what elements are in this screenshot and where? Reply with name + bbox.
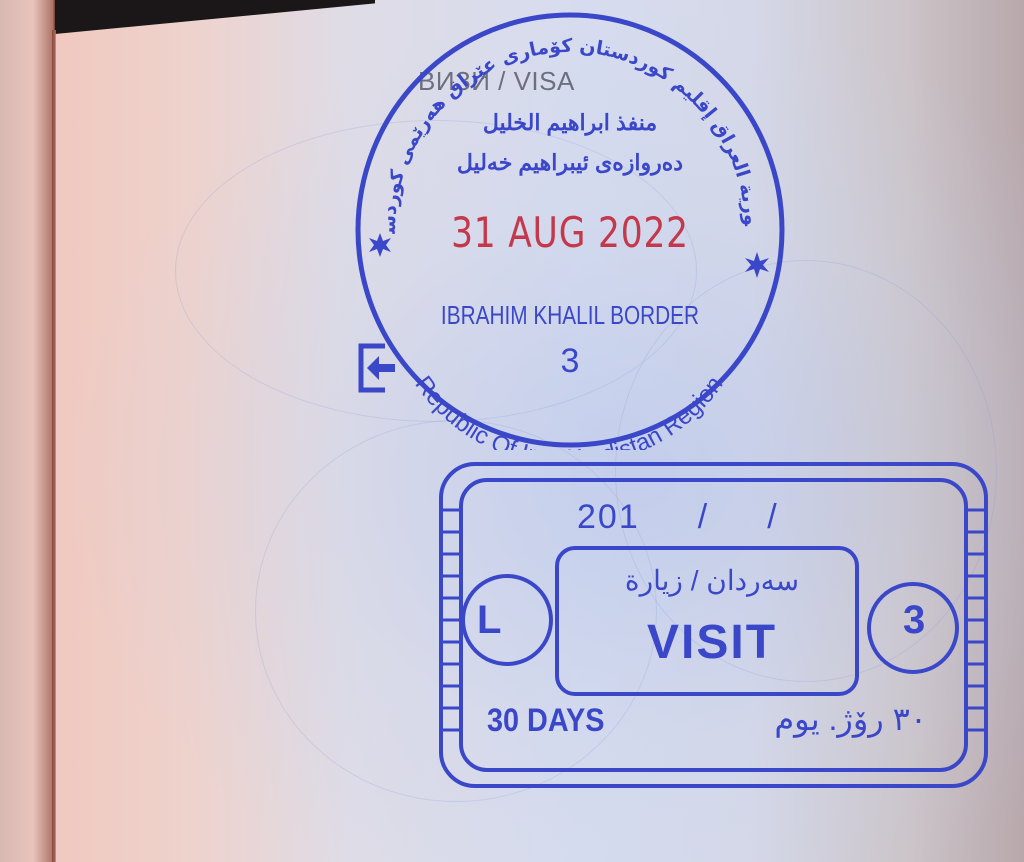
visa-year: 201 (577, 498, 640, 536)
date-separator: / (698, 498, 709, 536)
entry-date: 31 AUG 2022 (394, 208, 747, 257)
entry-arrow-icon (355, 342, 399, 394)
entry-stamp-outer-english: Republic Of Iraq Kurdistan Region (410, 371, 729, 450)
entry-stamp-arabic-line: منفذ ابراهيم الخليل (355, 110, 785, 136)
border-name: IBRAHIM KHALIL BORDER (398, 300, 742, 331)
date-separator: / (767, 498, 778, 536)
star-icon (745, 252, 769, 278)
visa-duration-english: 30 DAYS (487, 702, 604, 739)
left-passport-page (0, 0, 55, 862)
page-spine-crease (52, 30, 56, 862)
passport-photo: ВИЗИ / VISA جمهورية العراق إقليم كوردستا… (0, 0, 1024, 862)
visa-duration-arabic: ٣٠ رۆژ. يوم (677, 700, 927, 738)
visa-date-field: 201// (577, 498, 779, 537)
entry-stamp: جمهورية العراق إقليم كوردستان كۆماری عێر… (355, 10, 785, 450)
visa-category-letter: L (477, 598, 501, 643)
entry-stamp-kurdish-line: دەروازەی ئیبراهیم خەلیل (355, 150, 785, 176)
star-icon (369, 233, 391, 257)
entry-point: 3 (355, 342, 785, 381)
svg-text:Republic Of Iraq Kurdistan Reg: Republic Of Iraq Kurdistan Region (410, 371, 729, 450)
visa-type-english: VISIT (577, 615, 847, 670)
visa-category-number: 3 (903, 598, 925, 643)
visa-stamp: 201// سەردان / زيارة VISIT L 3 30 DAYS ٣… (437, 460, 990, 790)
entry-number: 3 (561, 342, 580, 381)
visa-type-arabic: سەردان / زيارة (577, 564, 847, 597)
